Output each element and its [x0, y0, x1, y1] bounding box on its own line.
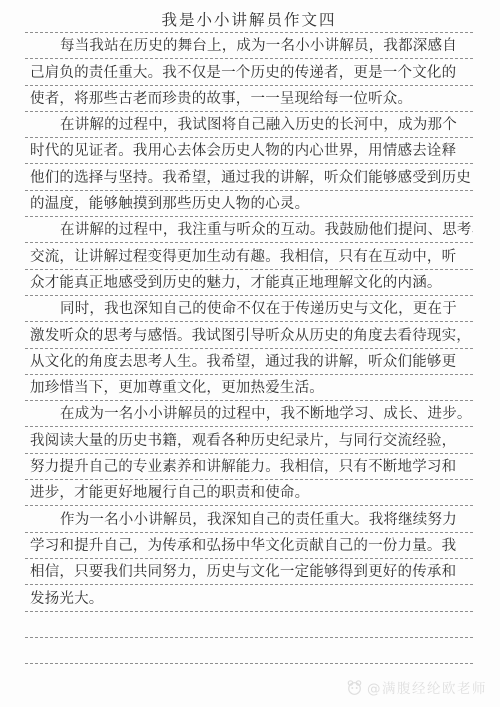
essay-line: 众才能真正地感受到历史的魅力，才能真正地理解文化的内涵。 — [25, 270, 473, 296]
essay-line: 他们的选择与坚持。我希望，通过我的讲解，听众们能够感受到历史 — [25, 164, 473, 190]
watermark-handle: @满腹经纶欧老师 — [367, 677, 487, 697]
notebook-page: 我是小小讲解员作文四 每当我站在历史的舞台上，成为一名小小讲解员，我都深感自 己… — [0, 0, 500, 707]
essay-line: 努力提升自己的专业素养和讲解能力。我相信，只有不断地学习和 — [25, 454, 473, 480]
essay-line: 进步，才能更好地履行自己的职责和使命。 — [25, 480, 473, 506]
essay-line: 在讲解的过程中，我试图将自己融入历史的长河中，成为那个 — [25, 112, 473, 138]
essay-line: 交流，让讲解过程变得更加生动有趣。我相信，只有在互动中，听 — [25, 243, 473, 269]
essay-line: 己肩负的责任重大。我不仅是一个历史的传递者，更是一个文化的 — [25, 59, 473, 85]
essay-line: 在成为一名小小讲解员的过程中，我不断地学习、成长、进步。 — [25, 401, 473, 427]
essay-line: 的温度，能够触摸到那些历史人物的心灵。 — [25, 191, 473, 217]
essay-line: 同时，我也深知自己的使命不仅在于传递历史与文化，更在于 — [25, 296, 473, 322]
essay-line: 时代的见证者。我用心去体会历史人物的内心世界，用情感去诠释 — [25, 138, 473, 164]
essay-line: 相信，只要我们共同努力，历史与文化一定能够得到更好的传承和 — [25, 559, 473, 585]
panda-logo-icon — [346, 679, 363, 696]
essay-line: 我阅读大量的历史书籍，观看各种历史纪录片，与同行交流经验， — [25, 427, 473, 453]
essay-sheet: 我是小小讲解员作文四 每当我站在历史的舞台上，成为一名小小讲解员，我都深感自 己… — [25, 7, 473, 664]
essay-line: 作为一名小小讲解员，我深知自己的责任重大。我将继续努力 — [25, 506, 473, 532]
essay-line: 学习和提升自己，为传承和弘扬中华文化贡献自己的一份力量。我 — [25, 533, 473, 559]
essay-line: 激发听众的思考与感悟。我试图引导听众从历史的角度去看待现实， — [25, 322, 473, 348]
watermark: @满腹经纶欧老师 — [346, 677, 487, 697]
essay-line-empty — [25, 612, 473, 638]
essay-line: 加珍惜当下，更加尊重文化，更加热爱生活。 — [25, 375, 473, 401]
essay-line: 使者，将那些古老而珍贵的故事，一一呈现给每一位听众。 — [25, 86, 473, 112]
essay-line-empty — [25, 638, 473, 664]
essay-line: 从文化的角度去思考人生。我希望，通过我的讲解，听众们能够更 — [25, 349, 473, 375]
essay-title-row: 我是小小讲解员作文四 — [25, 7, 473, 33]
essay-line: 每当我站在历史的舞台上，成为一名小小讲解员，我都深感自 — [25, 33, 473, 59]
essay-line: 发扬光大。 — [25, 585, 473, 611]
essay-line: 在讲解的过程中，我注重与听众的互动。我鼓励他们提问、思考、 — [25, 217, 473, 243]
essay-title: 我是小小讲解员作文四 — [161, 11, 336, 32]
